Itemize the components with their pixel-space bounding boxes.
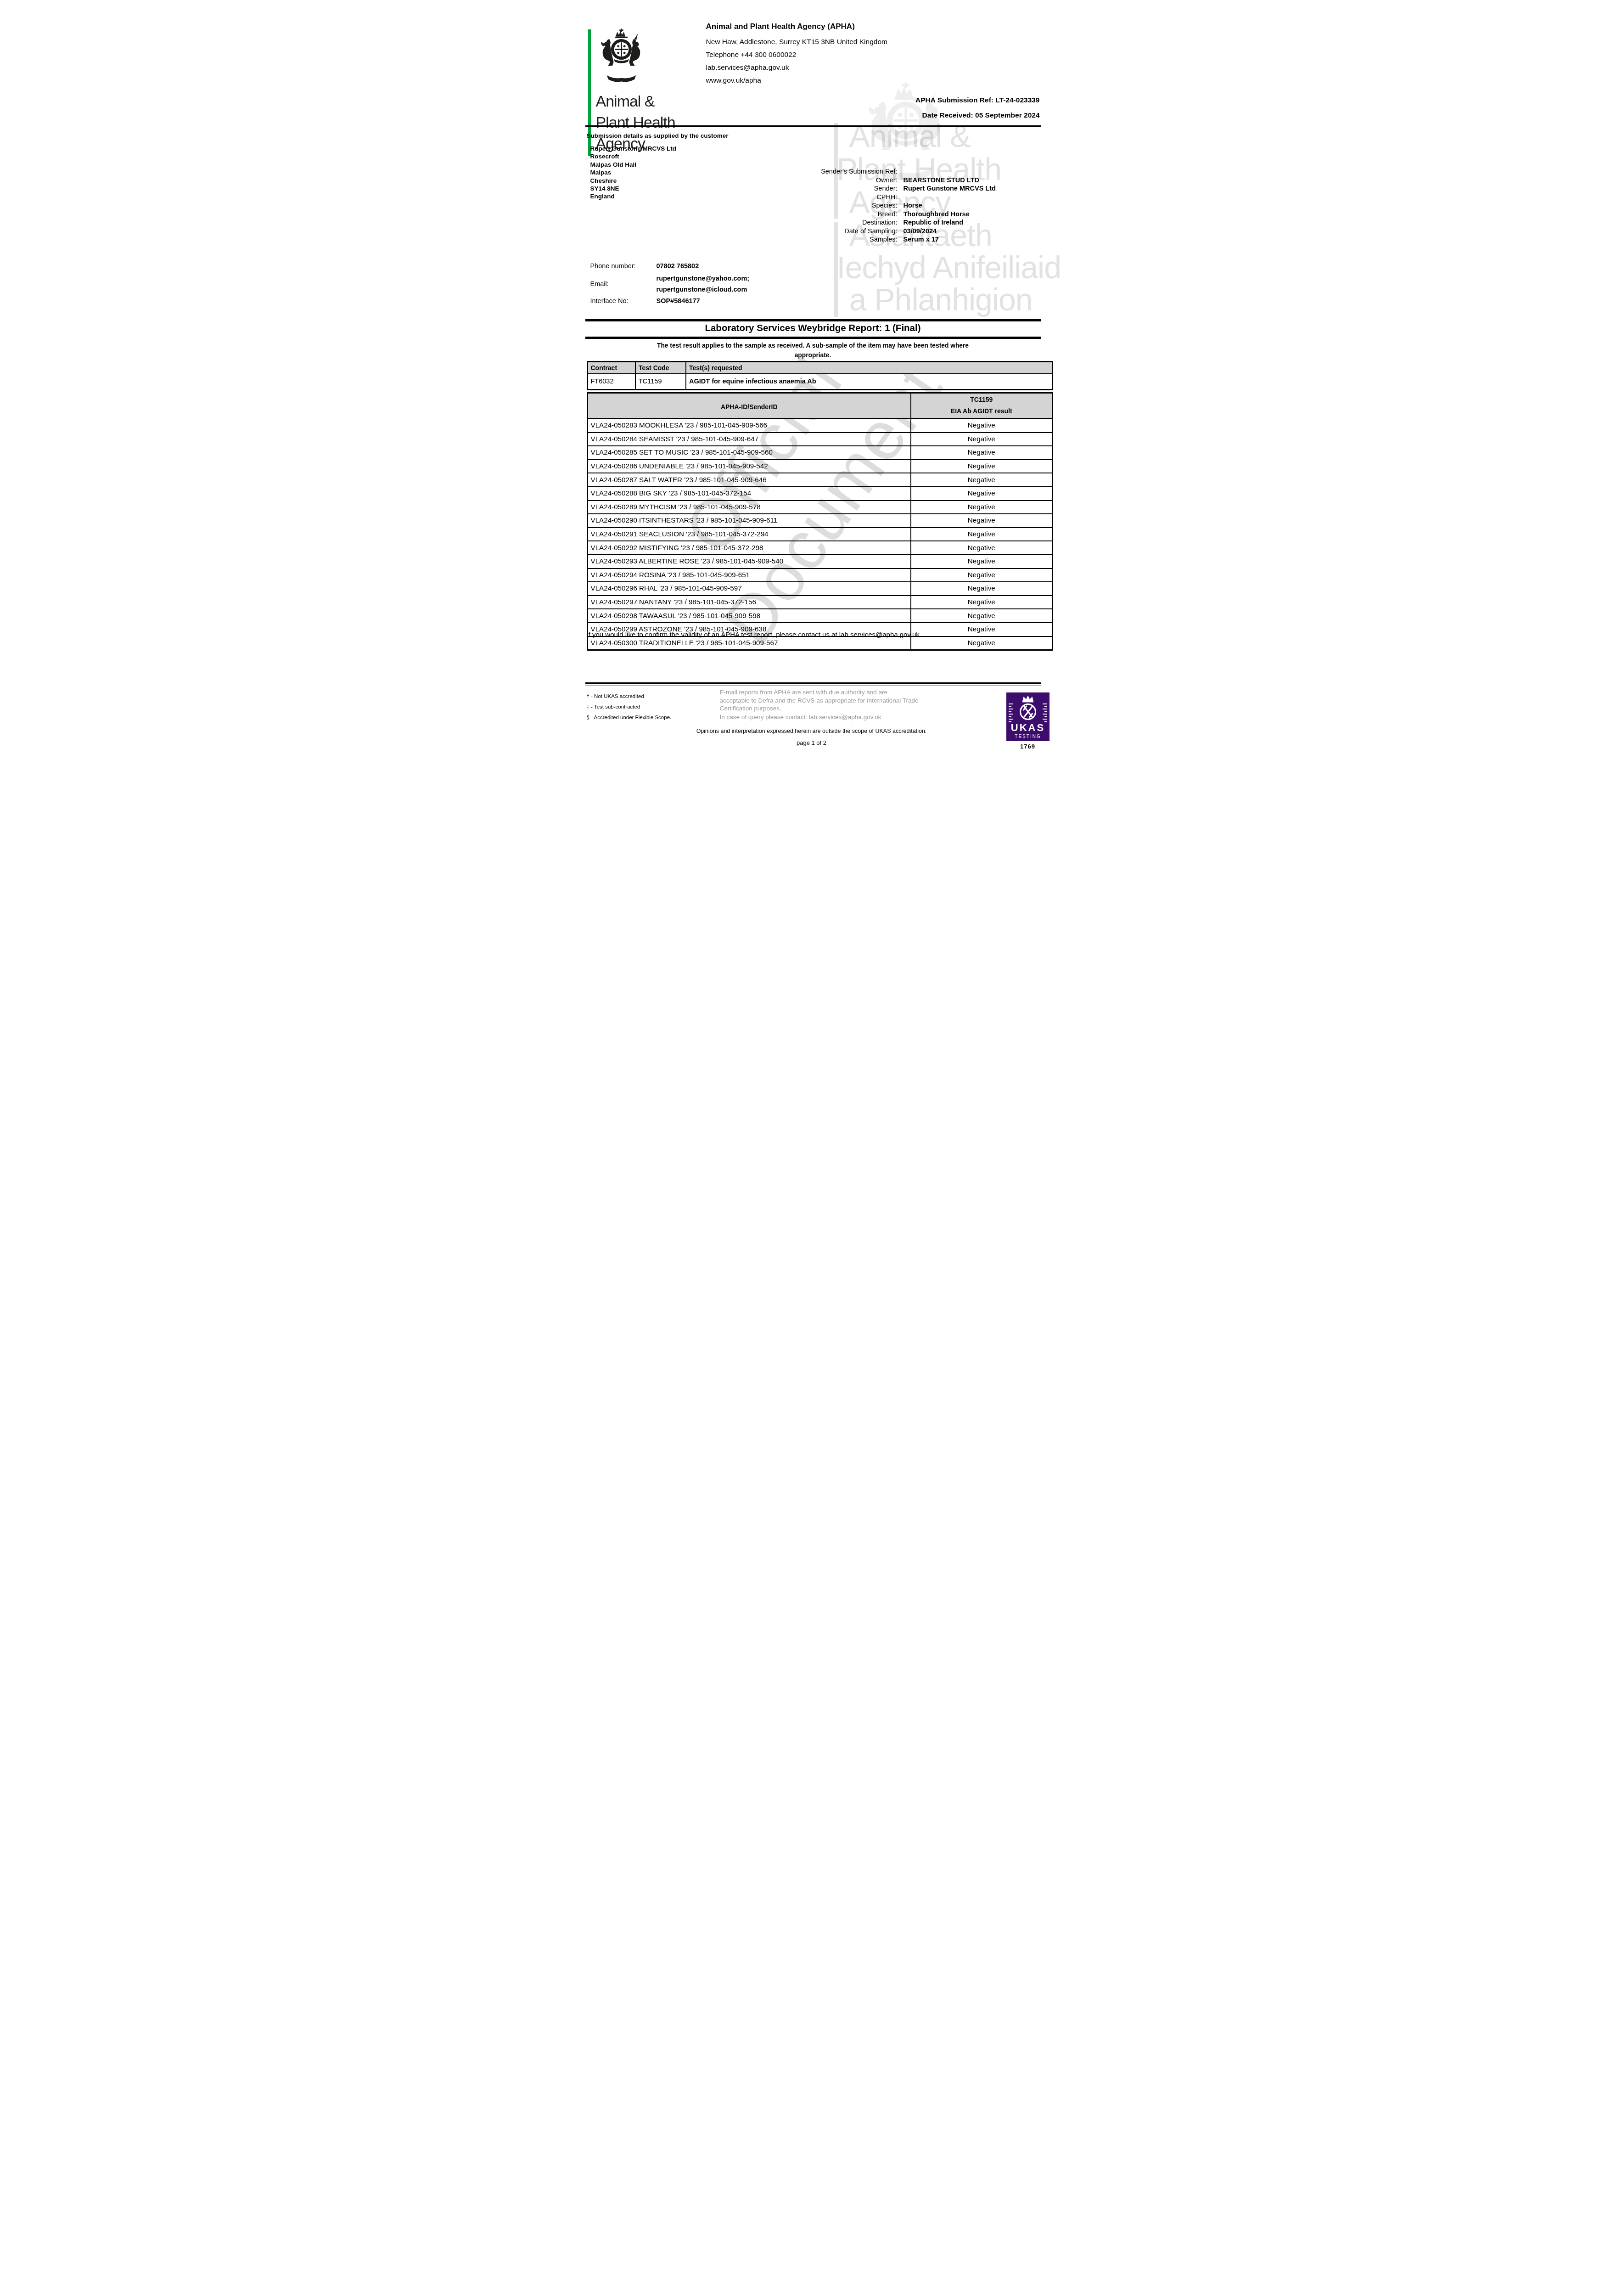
result-header-testname: EIA Ab AGIDT result xyxy=(914,407,1049,415)
sample-result: Negative xyxy=(911,609,1052,623)
field-label: CPHH: xyxy=(784,194,898,201)
submission-field-row: Owner: BEARSTONE STUD LTD xyxy=(784,176,996,185)
sample-id: VLA24-050289 MYTHCISM '23 / 985-101-045-… xyxy=(587,501,911,514)
ukas-scope-note: Opinions and interpretation expressed he… xyxy=(605,728,1018,734)
field-label: Species: xyxy=(784,202,898,209)
sample-id: VLA24-050294 ROSINA '23 / 985-101-045-90… xyxy=(587,568,911,582)
field-label: Date of Sampling: xyxy=(784,228,898,235)
sample-id: VLA24-050291 SEACLUSION '23 / 985-101-04… xyxy=(587,528,911,541)
sample-result: Negative xyxy=(911,596,1052,609)
sample-result: Negative xyxy=(911,487,1052,501)
sample-result: Negative xyxy=(911,460,1052,473)
submission-field-row: CPHH: xyxy=(784,193,996,202)
sample-id: VLA24-050285 SET TO MUSIC '23 / 985-101-… xyxy=(587,446,911,460)
sample-id: VLA24-050287 SALT WATER '23 / 985-101-04… xyxy=(587,473,911,487)
field-label: Sender's Submission Ref: xyxy=(784,168,898,175)
footnote-line: ‡ - Test sub-contracted xyxy=(587,702,672,713)
sample-result-row: VLA24-050298 TAWAASUL '23 / 985-101-045-… xyxy=(587,609,1052,623)
footnote-line: † - Not UKAS accredited xyxy=(587,692,672,702)
sample-result: Negative xyxy=(911,555,1052,568)
footnote-key: † - Not UKAS accredited‡ - Test sub-cont… xyxy=(587,692,672,723)
ukas-testing-logo: UKAS TESTING xyxy=(1006,692,1050,741)
agency-website: www.gov.uk/apha xyxy=(706,74,963,87)
agency-address: New Haw, Addlestone, Surrey KT15 3NB Uni… xyxy=(706,36,963,49)
disclaimer-line: The test result applies to the sample as… xyxy=(585,341,1041,350)
disclaimer-line: appropriate. xyxy=(585,350,1041,360)
sample-result: Negative xyxy=(911,514,1052,528)
sample-result: Negative xyxy=(911,568,1052,582)
field-label: Sender: xyxy=(784,185,898,192)
submission-details-heading: Submission details as supplied by the cu… xyxy=(587,132,729,139)
field-value: Serum x 17 xyxy=(904,236,939,243)
sample-result-row: VLA24-050289 MYTHCISM '23 / 985-101-045-… xyxy=(587,501,1052,514)
sample-result-row: VLA24-050291 SEACLUSION '23 / 985-101-04… xyxy=(587,528,1052,541)
validity-note: If you would like to confirm the validit… xyxy=(587,631,920,639)
sample-result: Negative xyxy=(911,433,1052,446)
interface-label: Interface No: xyxy=(590,298,629,305)
testcode-col-header: Test Code xyxy=(635,362,686,374)
sample-id: VLA24-050284 SEAMISST '23 / 985-101-045-… xyxy=(587,433,911,446)
field-label: Samples: xyxy=(784,236,898,243)
logo-line: Plant Health xyxy=(596,112,675,133)
sample-id: VLA24-050290 ITSINTHESTARS '23 / 985-101… xyxy=(587,514,911,528)
footnote-line: § - Accredited under Flexible Scope. xyxy=(587,713,672,723)
agency-email: lab.services@apha.gov.uk xyxy=(706,62,963,74)
contract-data-row: FT6032 TC1159 AGIDT for equine infectiou… xyxy=(587,374,1052,390)
customer-address-line: England xyxy=(590,192,677,200)
sample-id: VLA24-050293 ALBERTINE ROSE '23 / 985-10… xyxy=(587,555,911,568)
submission-field-row: Sender: Rupert Gunstone MRCVS Ltd xyxy=(784,185,996,193)
submission-field-row: Date of Sampling: 03/09/2024 xyxy=(784,227,996,236)
result-header-testcode: TC1159 xyxy=(914,396,1049,403)
submission-field-row: Destination: Republic of Ireland xyxy=(784,219,996,227)
report-disclaimer: The test result applies to the sample as… xyxy=(585,341,1041,360)
field-label: Destination: xyxy=(784,219,898,226)
submission-field-row: Sender's Submission Ref: xyxy=(784,168,996,176)
customer-address-line: Rupert Gunstone MRCVS Ltd xyxy=(590,145,677,152)
customer-address-line: Malpas Old Hall xyxy=(590,161,677,169)
sample-result-row: VLA24-050286 UNDENIABLE '23 / 985-101-04… xyxy=(587,460,1052,473)
submission-field-row: Samples: Serum x 17 xyxy=(784,236,996,244)
contract-value: FT6032 xyxy=(587,374,635,390)
sample-id: VLA24-050296 RHAL '23 / 985-101-045-909-… xyxy=(587,582,911,596)
royal-coat-of-arms-icon xyxy=(595,28,648,83)
results-table: APHA-ID/SenderID TC1159 EIA Ab AGIDT res… xyxy=(587,392,1053,651)
submission-field-row: Breed: Thoroughbred Horse xyxy=(784,210,996,219)
tests-requested-col-header: Test(s) requested xyxy=(686,362,1052,374)
date-received: Date Received: 05 September 2024 xyxy=(922,112,1040,120)
results-header-row: APHA-ID/SenderID TC1159 EIA Ab AGIDT res… xyxy=(587,393,1052,419)
testcode-value: TC1159 xyxy=(635,374,686,390)
report-title: Laboratory Services Weybridge Report: 1 … xyxy=(585,323,1041,334)
sample-result-row: VLA24-050287 SALT WATER '23 / 985-101-04… xyxy=(587,473,1052,487)
result-col-header: TC1159 EIA Ab AGIDT result xyxy=(911,393,1052,419)
field-value: Horse xyxy=(904,202,922,209)
contract-table: Contract Test Code Test(s) requested FT6… xyxy=(587,361,1053,390)
field-value: Thoroughbred Horse xyxy=(904,211,970,218)
email-value-line2: rupertgunstone@icloud.com xyxy=(657,286,747,293)
email-label: Email: xyxy=(590,281,609,288)
field-value: Rupert Gunstone MRCVS Ltd xyxy=(904,185,996,192)
sample-result-row: VLA24-050290 ITSINTHESTARS '23 / 985-101… xyxy=(587,514,1052,528)
title-rule-top xyxy=(585,319,1041,321)
contract-header-row: Contract Test Code Test(s) requested xyxy=(587,362,1052,374)
interface-value: SOP#5846177 xyxy=(657,298,700,305)
sample-result-row: VLA24-050294 ROSINA '23 / 985-101-045-90… xyxy=(587,568,1052,582)
field-label: Owner: xyxy=(784,177,898,184)
notice-line: E-mail reports from APHA are sent with d… xyxy=(720,688,936,697)
field-value: Republic of Ireland xyxy=(904,219,964,226)
page-number: page 1 of 2 xyxy=(605,739,1018,746)
sample-result-row: VLA24-050284 SEAMISST '23 / 985-101-045-… xyxy=(587,433,1052,446)
phone-value: 07802 765802 xyxy=(657,263,699,270)
footer-rule xyxy=(585,682,1041,686)
sample-result: Negative xyxy=(911,501,1052,514)
sample-result: Negative xyxy=(911,541,1052,555)
apha-id-col-header: APHA-ID/SenderID xyxy=(587,393,911,419)
customer-address-line: Rosecroft xyxy=(590,152,677,160)
sample-result: Negative xyxy=(911,446,1052,460)
notice-line: Certification purposes. xyxy=(720,704,936,713)
ukas-category: TESTING xyxy=(1015,734,1041,739)
sample-result-row: VLA24-050296 RHAL '23 / 985-101-045-909-… xyxy=(587,582,1052,596)
title-rule-bottom xyxy=(585,337,1041,339)
email-authority-notice: E-mail reports from APHA are sent with d… xyxy=(720,688,936,713)
phone-label: Phone number: xyxy=(590,263,636,270)
submission-fields: Sender's Submission Ref: Owner: BEARSTON… xyxy=(784,168,996,244)
customer-address-block: Rupert Gunstone MRCVS LtdRosecroftMalpas… xyxy=(590,145,677,201)
customer-address-line: SY14 8NE xyxy=(590,185,677,192)
sample-result: Negative xyxy=(911,636,1052,650)
submission-field-row: Species: Horse xyxy=(784,202,996,210)
sample-result-row: VLA24-050293 ALBERTINE ROSE '23 / 985-10… xyxy=(587,555,1052,568)
field-value: 03/09/2024 xyxy=(904,228,937,235)
sample-result-row: VLA24-050285 SET TO MUSIC '23 / 985-101-… xyxy=(587,446,1052,460)
sample-result: Negative xyxy=(911,419,1052,433)
query-contact-note: In case of query please contact: lab.ser… xyxy=(720,714,881,720)
contract-col-header: Contract xyxy=(587,362,635,374)
customer-address-line: Malpas xyxy=(590,169,677,176)
notice-line: acceptable to Defra and the RCVS as appr… xyxy=(720,697,936,705)
sample-id: VLA24-050292 MISTIFYING '23 / 985-101-04… xyxy=(587,541,911,555)
sample-result: Negative xyxy=(911,623,1052,636)
sample-id: VLA24-050288 BIG SKY '23 / 985-101-045-3… xyxy=(587,487,911,501)
agency-contact-block: Animal and Plant Health Agency (APHA) Ne… xyxy=(706,20,963,87)
report-page: Animal &Plant HealthAgencyAsiantaethIech… xyxy=(541,0,1082,765)
sample-result: Negative xyxy=(911,473,1052,487)
ukas-wordmark: UKAS xyxy=(1010,722,1044,733)
sample-id: VLA24-050298 TAWAASUL '23 / 985-101-045-… xyxy=(587,609,911,623)
horizontal-rule xyxy=(585,125,1041,127)
sample-result: Negative xyxy=(911,528,1052,541)
sample-result-row: VLA24-050292 MISTIFYING '23 / 985-101-04… xyxy=(587,541,1052,555)
sample-result-row: VLA24-050297 NANTANY '23 / 985-101-045-3… xyxy=(587,596,1052,609)
logo-line: Animal & xyxy=(596,91,675,112)
agency-telephone: Telephone +44 300 0600022 xyxy=(706,49,963,62)
sample-id: VLA24-050297 NANTANY '23 / 985-101-045-3… xyxy=(587,596,911,609)
customer-address-line: Cheshire xyxy=(590,177,677,185)
ukas-accreditation-number: 1769 xyxy=(1006,743,1050,750)
sample-result: Negative xyxy=(911,582,1052,596)
email-value-line1: rupertgunstone@yahoo.com; xyxy=(657,275,750,282)
sample-id: VLA24-050286 UNDENIABLE '23 / 985-101-04… xyxy=(587,460,911,473)
tests-requested-value: AGIDT for equine infectious anaemia Ab xyxy=(686,374,1052,390)
sample-result-row: VLA24-050288 BIG SKY '23 / 985-101-045-3… xyxy=(587,487,1052,501)
submission-ref: APHA Submission Ref: LT-24-023339 xyxy=(915,96,1039,105)
field-value: BEARSTONE STUD LTD xyxy=(904,177,979,184)
field-label: Breed: xyxy=(784,211,898,218)
agency-title: Animal and Plant Health Agency (APHA) xyxy=(706,20,963,33)
sample-result-row: VLA24-050283 MOOKHLESA '23 / 985-101-045… xyxy=(587,419,1052,433)
sample-id: VLA24-050283 MOOKHLESA '23 / 985-101-045… xyxy=(587,419,911,433)
